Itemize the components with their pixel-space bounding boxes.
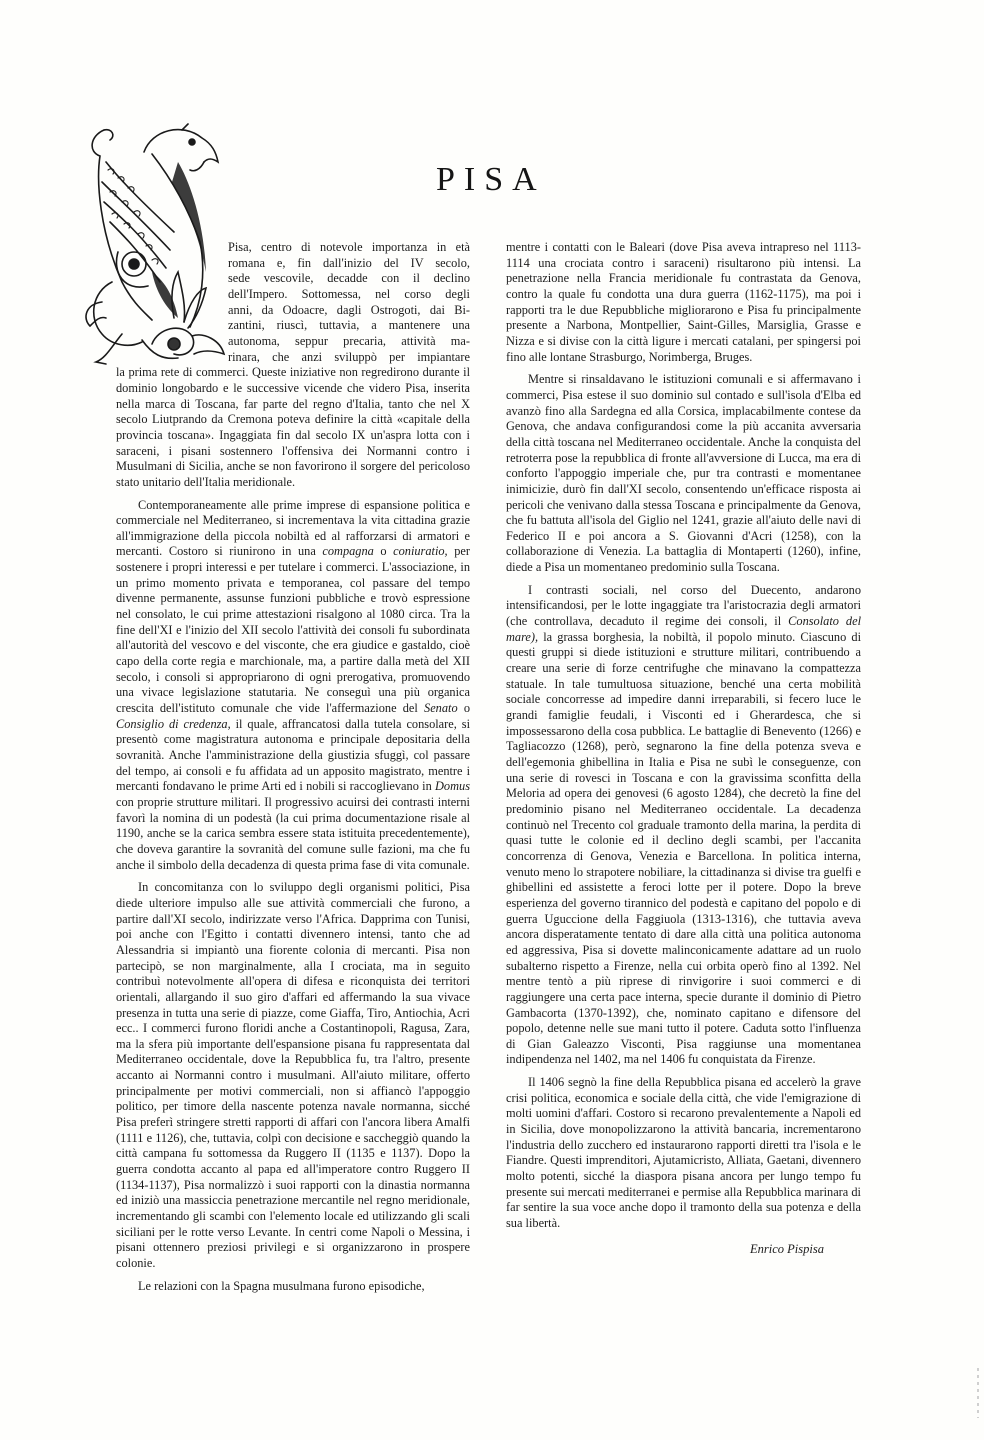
italic-term: compagna	[322, 544, 373, 558]
text-line: sede vescovile, decadde con il declino	[228, 271, 470, 287]
text-line: anni, da Odoacre, dagli Ostrogoti, dai B…	[228, 303, 470, 319]
left-column: Pisa, centro di notevole importanza in e…	[116, 240, 470, 1301]
text-line: autonoma, seppur precaria, attività ma-	[228, 334, 470, 350]
italic-term: Consiglio di credenza,	[116, 717, 231, 731]
text-run: o	[458, 701, 470, 715]
paragraph-1-continued: la prima rete di commerci. Queste inizia…	[116, 365, 470, 490]
scan-edge-mark	[977, 1368, 979, 1418]
intro-paragraph-wrapped: Pisa, centro di notevole importanza in e…	[228, 240, 470, 365]
right-column: mentre i contatti con le Baleari (dove P…	[506, 240, 861, 1239]
text-line: zantini, riuscì, tuttavia, a mantenere u…	[228, 318, 470, 334]
text-run: o	[374, 544, 393, 558]
text-run: con proprie strutture militari. Il progr…	[116, 795, 470, 872]
paragraph-5: mentre i contatti con le Baleari (dove P…	[506, 240, 861, 365]
text-run: per sostenere i propri interessi e per t…	[116, 544, 470, 715]
text-run: la grassa borghesia, la nobiltà, il popo…	[506, 630, 861, 1067]
paragraph-6: Mentre si rinsaldavano le istituzioni co…	[506, 372, 861, 576]
paragraph-2: Contemporaneamente alle prime imprese di…	[116, 498, 470, 874]
page-title: PISA	[436, 161, 546, 199]
italic-term: coniuratio,	[393, 544, 448, 558]
author-signature: Enrico Pispisa	[750, 1242, 824, 1257]
paragraph-7: I contrasti sociali, nel corso del Duece…	[506, 583, 861, 1068]
paragraph-4: Le relazioni con la Spagna musulmana fur…	[116, 1279, 470, 1295]
paragraph-3: In concomitanza con lo sviluppo degli or…	[116, 880, 470, 1271]
text-line: dell'Impero. Sottomessa, nel corso degli	[228, 287, 470, 303]
text-line: romana e, fin dall'inizio del IV secolo,	[228, 256, 470, 272]
text-line: rinara, che anzi sviluppò per impiantare	[228, 350, 470, 366]
italic-term: Senato	[424, 701, 458, 715]
paragraph-8: Il 1406 segnò la fine della Repubblica p…	[506, 1075, 861, 1232]
text-line: Pisa, centro di notevole importanza in e…	[228, 240, 470, 256]
italic-term: Domus	[435, 779, 470, 793]
